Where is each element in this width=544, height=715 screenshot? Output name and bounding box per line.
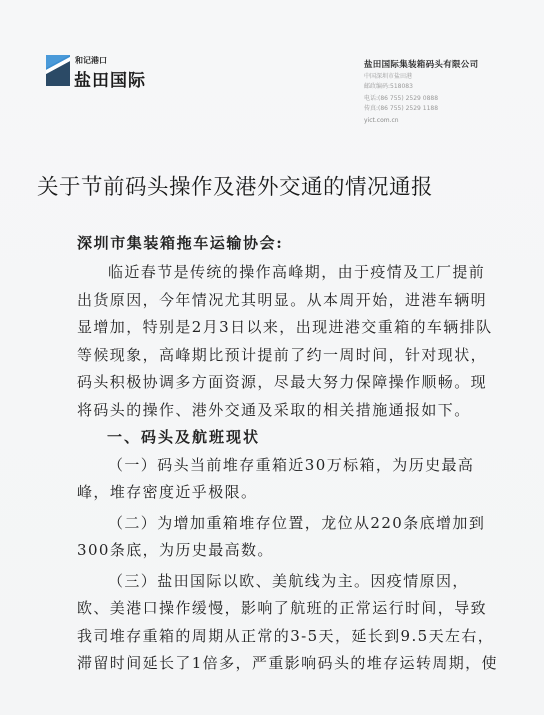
document-title: 关于节前码头操作及港外交通的情况通报 [37,170,507,201]
section-heading: 一、码头及航班现状 [77,424,462,452]
company-address: 中国深圳市盐田港 [364,72,478,82]
body-line: 临近春节是传统的操作高峰期，由于疫情及工厂提前 [77,259,462,287]
item-line: 滞留时间延长了1倍多，严重影响码头的堆存运转周期，使 [77,650,462,678]
item-line: 欧、美港口操作缓慢，影响了航班的正常运行时间，导致 [77,595,462,623]
letter-page: 和记港口 盐田国际 盐田国际集装箱码头有限公司 中国深圳市盐田港 邮政编码:51… [0,0,544,715]
body-line: 显增加，特别是2月3日以来，出现进港交重箱的车辆排队 [77,314,462,342]
item-line: 我司堆存重箱的周期从正常的3-5天，延长到9.5天左右， [77,623,462,651]
body-line: 出货原因，今年情况尤其明显。从本周开始，进港车辆明 [77,287,462,315]
salutation: 深圳市集装箱拖车运输协会: [77,230,462,256]
yict-logo-icon [46,55,70,86]
item-line: 峰，堆存密度近乎极限。 [77,479,462,507]
brand-name: 盐田国际 [74,66,146,91]
document-body: 深圳市集装箱拖车运输协会: 临近春节是传统的操作高峰期，由于疫情及工厂提前 出货… [77,230,462,678]
item-line: （一）码头当前堆存重箱近30万标箱，为历史最高 [77,452,462,480]
item-line: 300条底，为历史最高数。 [77,537,462,565]
company-fax: 传真:(86 755) 2529 1188 [364,104,478,114]
body-line: 码头积极协调多方面资源，尽最大努力保障操作顺畅。现 [77,369,462,397]
company-postcode: 邮政编码:518083 [364,82,478,92]
company-phone: 电话:(86 755) 2529 0888 [364,94,478,104]
body-line: 将码头的操作、港外交通及采取的相关措施通报如下。 [77,397,462,425]
body-line: 等候现象，高峰期比预计提前了约一周时间，针对现状， [77,342,462,370]
item-line: （二）为增加重箱堆存位置，龙位从220条底增加到 [77,510,462,538]
item-line: （三）盐田国际以欧、美航线为主。因疫情原因， [77,568,462,596]
company-name: 盐田国际集装箱码头有限公司 [364,58,478,70]
company-website: yict.com.cn [364,117,478,124]
brand-subtitle: 和记港口 [75,55,107,66]
letterhead-contact: 盐田国际集装箱码头有限公司 中国深圳市盐田港 邮政编码:518083 电话:(8… [364,58,478,124]
